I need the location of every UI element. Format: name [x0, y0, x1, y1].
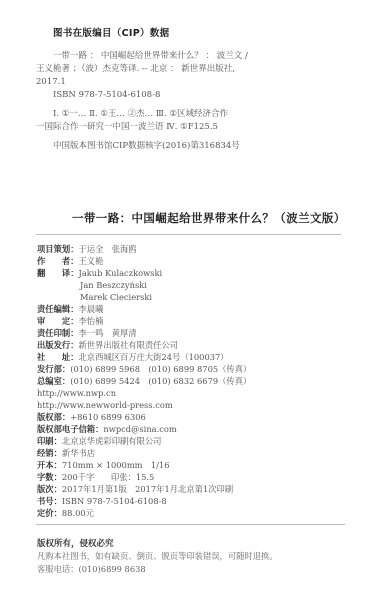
pub-label: 社 址： — [37, 352, 79, 362]
credit-label: 翻 译： — [37, 268, 79, 278]
pub-distributor: 经销：新华书店 — [37, 448, 95, 459]
credit-label: 作 者： — [37, 256, 79, 266]
pub-label: 责任编辑： — [37, 304, 79, 314]
pub-isbn: 书号：ISBN 978-7-5104-6108-8 — [37, 496, 167, 507]
pub-value: 710mm × 1000mm 1/16 — [62, 460, 170, 470]
credit-planning: 项目策划：于运全 张海鸥 — [37, 244, 137, 255]
pub-copyright-email: 版权部电子信箱：nwpcd@sina.com — [37, 424, 177, 435]
pub-label: 定价： — [37, 508, 62, 518]
pub-value: 200千字 印张：15.5 — [62, 472, 154, 482]
pub-label: 版权部电子信箱： — [37, 424, 103, 434]
cip-classification-1: Ⅰ. ①一… Ⅱ. ①王… ②杰… Ⅲ. ①区域经济合作 — [53, 108, 228, 121]
pub-editor: 责任编辑：李晨曦 — [37, 304, 103, 315]
book-title: 一带一路：中国崛起给世界带来什么？（波兰文版） — [72, 210, 346, 226]
cip-record-number: 中国版本图书馆CIP数据核字(2016)第316834号 — [53, 140, 240, 153]
pub-label: 审 定： — [37, 316, 79, 326]
website-link[interactable]: http://www.newworld-press.com — [37, 400, 173, 410]
pub-publisher: 出版发行：新世界出版社有限责任公司 — [37, 340, 178, 351]
cip-line-1: 一带一路 ： 中国崛起给世界带来什么？ ： 波兰文 / — [53, 50, 248, 63]
pub-label: 版权部： — [37, 412, 70, 422]
pub-value: (010) 6899 5424 (010) 6832 6679（传真） — [70, 376, 251, 386]
title-divider — [36, 234, 341, 235]
pub-label: 经销： — [37, 448, 62, 458]
credit-translator: 翻 译：Jakub Kulaczkowski — [37, 268, 162, 279]
pub-value: (010) 6899 5968 (010) 6899 8705（传真） — [70, 364, 251, 374]
credit-label: 项目策划： — [37, 244, 79, 254]
pub-copyright-dept: 版权部：+8610 6899 6306 — [37, 412, 146, 423]
pub-value: 李怡楠 — [79, 316, 104, 326]
footer-divider — [36, 524, 345, 525]
cip-classification-2: 一国际合作一研究一中国一波兰语 Ⅳ. ①F125.5 — [36, 121, 218, 134]
pub-word-count: 字数：200千字 印张：15.5 — [37, 472, 154, 483]
pub-value: 88.00元 — [62, 508, 94, 518]
pub-edition: 版次：2017年1月第1版 2017年1月北京第1次印刷 — [37, 484, 233, 495]
pub-value: 北京西城区百万庄大街24号（100037） — [79, 352, 229, 362]
pub-value: 新世界出版社有限责任公司 — [79, 340, 179, 350]
pub-printer: 印刷：北京京华虎彩印刷有限公司 — [37, 436, 161, 447]
pub-label: 书号： — [37, 496, 62, 506]
pub-label: 版次： — [37, 484, 62, 494]
pub-label: 发行部： — [37, 364, 70, 374]
pub-label: 字数： — [37, 472, 62, 482]
credit-value: 于运全 张海鸥 — [79, 244, 137, 254]
pub-price: 定价：88.00元 — [37, 508, 94, 519]
translator-3: Marek Ciecierski — [80, 292, 152, 302]
pub-label: 开本： — [37, 460, 62, 470]
pub-label: 出版发行： — [37, 340, 79, 350]
website-link[interactable]: http://www.nwp.cn — [37, 388, 116, 398]
pub-value: ISBN 978-7-5104-6108-8 — [62, 496, 167, 506]
pub-value: 李一鸣 黄厚清 — [79, 328, 137, 338]
pub-label: 总编室： — [37, 376, 70, 386]
pub-website-1: http://www.nwp.cn — [37, 388, 116, 399]
cip-isbn: ISBN 978-7-5104-6108-8 — [53, 89, 160, 102]
return-notice: 凡购本社图书，如有缺页、倒页、脱页等印装错误，可随时退换。 — [37, 550, 278, 562]
credit-value: Jakub Kulaczkowski — [79, 268, 163, 278]
email-link[interactable]: nwpcd@sina.com — [103, 424, 176, 434]
pub-printing-supervisor: 责任印制：李一鸣 黄厚清 — [37, 328, 137, 339]
pub-value: +8610 6899 6306 — [70, 412, 146, 422]
customer-service: 客服电话：(010)6899 8638 — [37, 563, 146, 575]
cip-line-2: 王义桅著 ；（波）杰克等译. -- 北京 ： 新世界出版社, — [36, 63, 235, 76]
pub-distribution-dept: 发行部：(010) 6899 5968 (010) 6899 8705（传真） — [37, 364, 251, 375]
credit-value: 王义桅 — [79, 256, 104, 266]
pub-address: 社 址：北京西城区百万庄大街24号（100037） — [37, 352, 229, 363]
pub-format: 开本：710mm × 1000mm 1/16 — [37, 460, 169, 471]
pub-value: 2017年1月第1版 2017年1月北京第1次印刷 — [62, 484, 233, 494]
credit-author: 作 者：王义桅 — [37, 256, 103, 267]
pub-value: 北京京华虎彩印刷有限公司 — [62, 436, 162, 446]
pub-label: 印刷： — [37, 436, 62, 446]
cip-line-3: 2017.1 — [36, 76, 66, 89]
cip-heading: 图书在版编目（CIP）数据 — [53, 25, 169, 39]
pub-website-2: http://www.newworld-press.com — [37, 400, 173, 411]
pub-reviewer: 审 定：李怡楠 — [37, 316, 103, 327]
translator-2: Jan Beszczyński — [80, 280, 147, 290]
pub-value: 新华书店 — [62, 448, 95, 458]
pub-label: 责任印制： — [37, 328, 79, 338]
pub-value: 李晨曦 — [79, 304, 104, 314]
pub-editorial-office: 总编室：(010) 6899 5424 (010) 6832 6679（传真） — [37, 376, 251, 387]
copyright-heading: 版权所有，侵权必究 — [37, 537, 114, 549]
